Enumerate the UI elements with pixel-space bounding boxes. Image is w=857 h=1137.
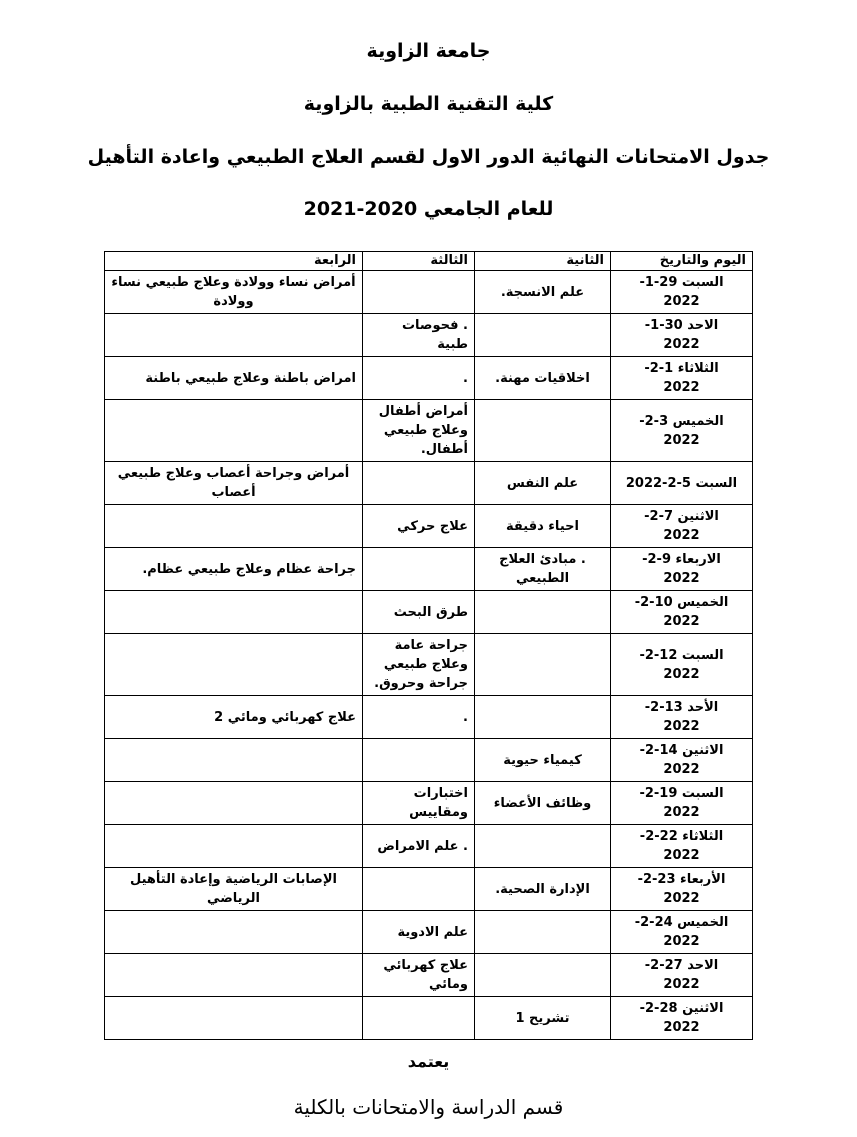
table-row: الخميس 3‏-2‏-2022أمراض أطفالوعلاج طبيعيأ…	[105, 400, 753, 462]
document-header: جامعة الزاوية كلية التقنية الطبية بالزاو…	[0, 0, 857, 222]
third-year-subject-cell	[363, 462, 475, 505]
third-year-subject-cell: .	[363, 357, 475, 400]
third-year-subject-cell: .	[363, 696, 475, 739]
table-row: الخميس 10‏-2‏-2022طرق البحث	[105, 591, 753, 634]
table-row: الاثنين 7‏-2‏-2022احياء دقيقةعلاج حركي	[105, 505, 753, 548]
third-year-subject-cell: اختباراتومقاييس	[363, 782, 475, 825]
column-header-day-date: اليوم والتاريخ	[611, 252, 753, 271]
fourth-year-subject-cell	[105, 954, 363, 997]
table-row: الاثنين 14‏-2‏-2022كيمياء حيوية	[105, 739, 753, 782]
date-cell: الاثنين 7‏-2‏-2022	[611, 505, 753, 548]
academic-year-title: للعام الجامعي 2020‏-2021	[20, 198, 837, 222]
fourth-year-subject-cell: الإصابات الرياضية وإعادة التأهيلالرياضي	[105, 868, 363, 911]
table-row: الخميس 24‏-2‏-2022علم الادوية	[105, 911, 753, 954]
date-cell: الاحد 30‏-1‏-2022	[611, 314, 753, 357]
column-header-fourth-year: الرابعة	[105, 252, 363, 271]
third-year-subject-cell: . علم الامراض	[363, 825, 475, 868]
approval-label: يعتمد	[0, 1052, 857, 1071]
document-footer: يعتمد قسم الدراسة والامتحانات بالكلية	[0, 1052, 857, 1119]
fourth-year-subject-cell	[105, 997, 363, 1040]
second-year-subject-cell: علم النفس	[475, 462, 611, 505]
date-cell: السبت 12‏-2‏-2022	[611, 634, 753, 696]
table-row: السبت 5‏-2‏-2022علم النفسأمراض وجراحة أع…	[105, 462, 753, 505]
fourth-year-subject-cell	[105, 634, 363, 696]
second-year-subject-cell: الإدارة الصحية.	[475, 868, 611, 911]
third-year-subject-cell	[363, 548, 475, 591]
department-signature: قسم الدراسة والامتحانات بالكلية	[0, 1095, 857, 1119]
second-year-subject-cell	[475, 825, 611, 868]
second-year-subject-cell: وظائف الأعضاء	[475, 782, 611, 825]
table-row: السبت 29‏-1‏-2022علم الانسجة.أمراض نساء …	[105, 271, 753, 314]
fourth-year-subject-cell: أمراض وجراحة أعصاب وعلاج طبيعيأعصاب	[105, 462, 363, 505]
third-year-subject-cell: جراحة عامةوعلاج طبيعيجراحة وحروق.	[363, 634, 475, 696]
third-year-subject-cell	[363, 997, 475, 1040]
second-year-subject-cell	[475, 634, 611, 696]
column-header-third-year: الثالثة	[363, 252, 475, 271]
date-cell: الثلاثاء 22‏-2‏-2022	[611, 825, 753, 868]
fourth-year-subject-cell	[105, 825, 363, 868]
second-year-subject-cell: اخلاقيات مهنة.	[475, 357, 611, 400]
second-year-subject-cell: تشريح 1	[475, 997, 611, 1040]
third-year-subject-cell: علاج كهربائيومائي	[363, 954, 475, 997]
second-year-subject-cell	[475, 696, 611, 739]
third-year-subject-cell: أمراض أطفالوعلاج طبيعيأطفال.	[363, 400, 475, 462]
schedule-title: جدول الامتحانات النهائية الدور الاول لقس…	[20, 146, 837, 170]
fourth-year-subject-cell	[105, 505, 363, 548]
date-cell: الاثنين 28‏-2‏-2022	[611, 997, 753, 1040]
table-row: الاربعاء 9‏-2‏-2022. مبادئ العلاجالطبيعي…	[105, 548, 753, 591]
date-cell: السبت 29‏-1‏-2022	[611, 271, 753, 314]
fourth-year-subject-cell	[105, 911, 363, 954]
college-title: كلية التقنية الطبية بالزاوية	[20, 93, 837, 117]
date-cell: السبت 5‏-2‏-2022	[611, 462, 753, 505]
third-year-subject-cell	[363, 271, 475, 314]
second-year-subject-cell: احياء دقيقة	[475, 505, 611, 548]
second-year-subject-cell: . مبادئ العلاجالطبيعي	[475, 548, 611, 591]
fourth-year-subject-cell	[105, 739, 363, 782]
date-cell: الأحد 13‏-2‏-2022	[611, 696, 753, 739]
third-year-subject-cell	[363, 739, 475, 782]
third-year-subject-cell: . فحوصات طبية	[363, 314, 475, 357]
fourth-year-subject-cell	[105, 314, 363, 357]
fourth-year-subject-cell: علاج كهربائي ومائي 2	[105, 696, 363, 739]
second-year-subject-cell	[475, 314, 611, 357]
date-cell: الخميس 24‏-2‏-2022	[611, 911, 753, 954]
table-row: الثلاثاء 1‏-2‏-2022اخلاقيات مهنة..امراض …	[105, 357, 753, 400]
date-cell: الثلاثاء 1‏-2‏-2022	[611, 357, 753, 400]
table-row: السبت 19‏-2‏-2022وظائف الأعضاءاختباراتوم…	[105, 782, 753, 825]
table-row: السبت 12‏-2‏-2022جراحة عامةوعلاج طبيعيجر…	[105, 634, 753, 696]
second-year-subject-cell	[475, 911, 611, 954]
exam-table-body: السبت 29‏-1‏-2022علم الانسجة.أمراض نساء …	[105, 271, 753, 1040]
fourth-year-subject-cell	[105, 782, 363, 825]
table-header-row: اليوم والتاريخ الثانية الثالثة الرابعة	[105, 252, 753, 271]
date-cell: الخميس 3‏-2‏-2022	[611, 400, 753, 462]
fourth-year-subject-cell: أمراض نساء وولادة وعلاج طبيعي نساءوولادة	[105, 271, 363, 314]
second-year-subject-cell	[475, 954, 611, 997]
second-year-subject-cell: علم الانسجة.	[475, 271, 611, 314]
column-header-second-year: الثانية	[475, 252, 611, 271]
table-row: الأربعاء 23‏-2‏-2022الإدارة الصحية.الإصا…	[105, 868, 753, 911]
fourth-year-subject-cell	[105, 400, 363, 462]
third-year-subject-cell: طرق البحث	[363, 591, 475, 634]
table-row: الاحد 30‏-1‏-2022. فحوصات طبية	[105, 314, 753, 357]
table-row: الأحد 13‏-2‏-2022.علاج كهربائي ومائي 2	[105, 696, 753, 739]
second-year-subject-cell: كيمياء حيوية	[475, 739, 611, 782]
date-cell: الاربعاء 9‏-2‏-2022	[611, 548, 753, 591]
third-year-subject-cell: علاج حركي	[363, 505, 475, 548]
date-cell: السبت 19‏-2‏-2022	[611, 782, 753, 825]
table-row: الاحد 27‏-2‏-2022علاج كهربائيومائي	[105, 954, 753, 997]
date-cell: الأربعاء 23‏-2‏-2022	[611, 868, 753, 911]
university-title: جامعة الزاوية	[20, 40, 837, 64]
fourth-year-subject-cell	[105, 591, 363, 634]
date-cell: الخميس 10‏-2‏-2022	[611, 591, 753, 634]
third-year-subject-cell: علم الادوية	[363, 911, 475, 954]
date-cell: الاحد 27‏-2‏-2022	[611, 954, 753, 997]
date-cell: الاثنين 14‏-2‏-2022	[611, 739, 753, 782]
second-year-subject-cell	[475, 591, 611, 634]
second-year-subject-cell	[475, 400, 611, 462]
fourth-year-subject-cell: جراحة عظام وعلاج طبيعي عظام.	[105, 548, 363, 591]
table-row: الثلاثاء 22‏-2‏-2022. علم الامراض	[105, 825, 753, 868]
exam-schedule-table: اليوم والتاريخ الثانية الثالثة الرابعة ا…	[104, 251, 753, 1040]
third-year-subject-cell	[363, 868, 475, 911]
table-row: الاثنين 28‏-2‏-2022تشريح 1	[105, 997, 753, 1040]
document-page: جامعة الزاوية كلية التقنية الطبية بالزاو…	[0, 0, 857, 1137]
fourth-year-subject-cell: امراض باطنة وعلاج طبيعي باطنة	[105, 357, 363, 400]
